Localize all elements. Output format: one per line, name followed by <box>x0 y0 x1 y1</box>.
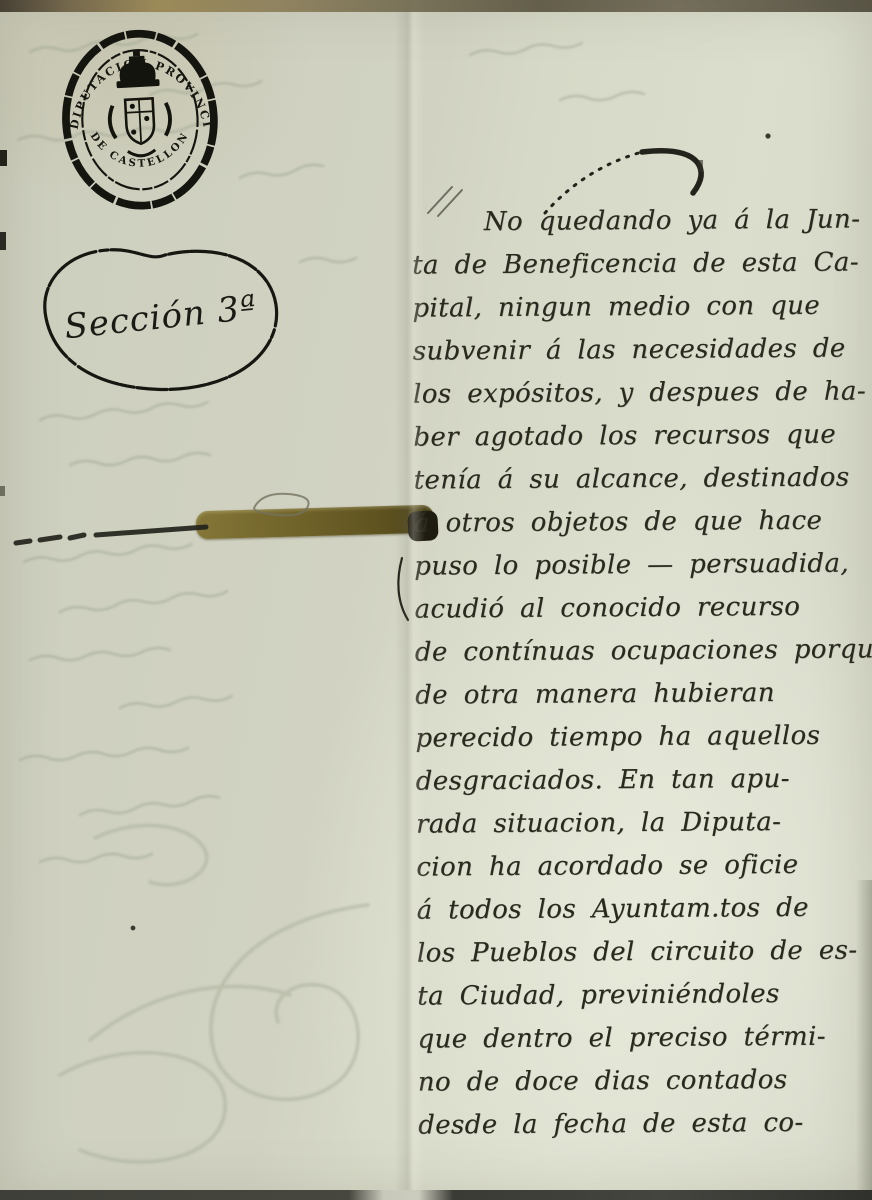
edge-mark <box>0 486 5 496</box>
manuscript-line: desgraciados. En tan apu- <box>416 757 866 803</box>
manuscript-line: ta Ciudad, previniéndoles <box>417 972 867 1018</box>
edge-mark <box>0 232 6 250</box>
ink-dot <box>131 926 136 931</box>
stain-scribble <box>254 494 309 516</box>
manuscript-line: acudió al conocido recurso <box>414 585 864 631</box>
manuscript-line: los Pueblos del circuito de es- <box>417 929 867 975</box>
page-edge-shade <box>856 880 872 1200</box>
ink-dot <box>765 133 770 138</box>
pen-flourish-hook <box>642 151 701 193</box>
manuscript-scan: DIPUTACION PROVINCIAL DE CASTELLON Secci… <box>0 0 872 1200</box>
manuscript-line: ber agotado los recursos que <box>413 413 863 459</box>
manuscript-line: subvenir á las necesidades de <box>413 327 863 373</box>
manuscript-line: de contínuas ocupaciones porque <box>415 628 865 674</box>
manuscript-line: cion ha acordado se oficie <box>416 843 866 889</box>
edge-mark <box>698 160 703 172</box>
manuscript-line: los expósitos, y despues de ha- <box>413 370 863 416</box>
manuscript-line: no de doce dias contados <box>418 1058 868 1104</box>
manuscript-line: ta de Beneficencia de esta Ca- <box>412 241 862 287</box>
manuscript-line: desde la fecha de esta co- <box>418 1101 868 1147</box>
manuscript-line: No quedando ya á la Jun- <box>412 198 862 244</box>
manuscript-text: No quedando ya á la Jun-ta de Beneficenc… <box>412 198 869 1147</box>
scan-edge-bottom <box>0 1190 872 1200</box>
manuscript-line: perecido tiempo ha aquellos <box>415 714 865 760</box>
manuscript-line: á otros objetos de que hace <box>414 499 864 545</box>
manuscript-line: pital, ningun medio con que <box>412 284 862 330</box>
manuscript-line: tenía á su alcance, destinados <box>414 456 864 502</box>
manuscript-line: de otra manera hubieran <box>415 671 865 717</box>
manuscript-line: á todos los Ayuntam.tos de <box>417 886 867 932</box>
scan-edge-top <box>0 0 872 12</box>
stain-dashes <box>16 527 206 543</box>
page-fold <box>395 0 425 1200</box>
edge-mark <box>0 150 7 166</box>
manuscript-line: rada situacion, la Diputa- <box>416 800 866 846</box>
manuscript-line: que dentro el preciso térmi- <box>417 1015 867 1061</box>
manuscript-line: puso lo posible — persuadida, <box>414 542 864 588</box>
